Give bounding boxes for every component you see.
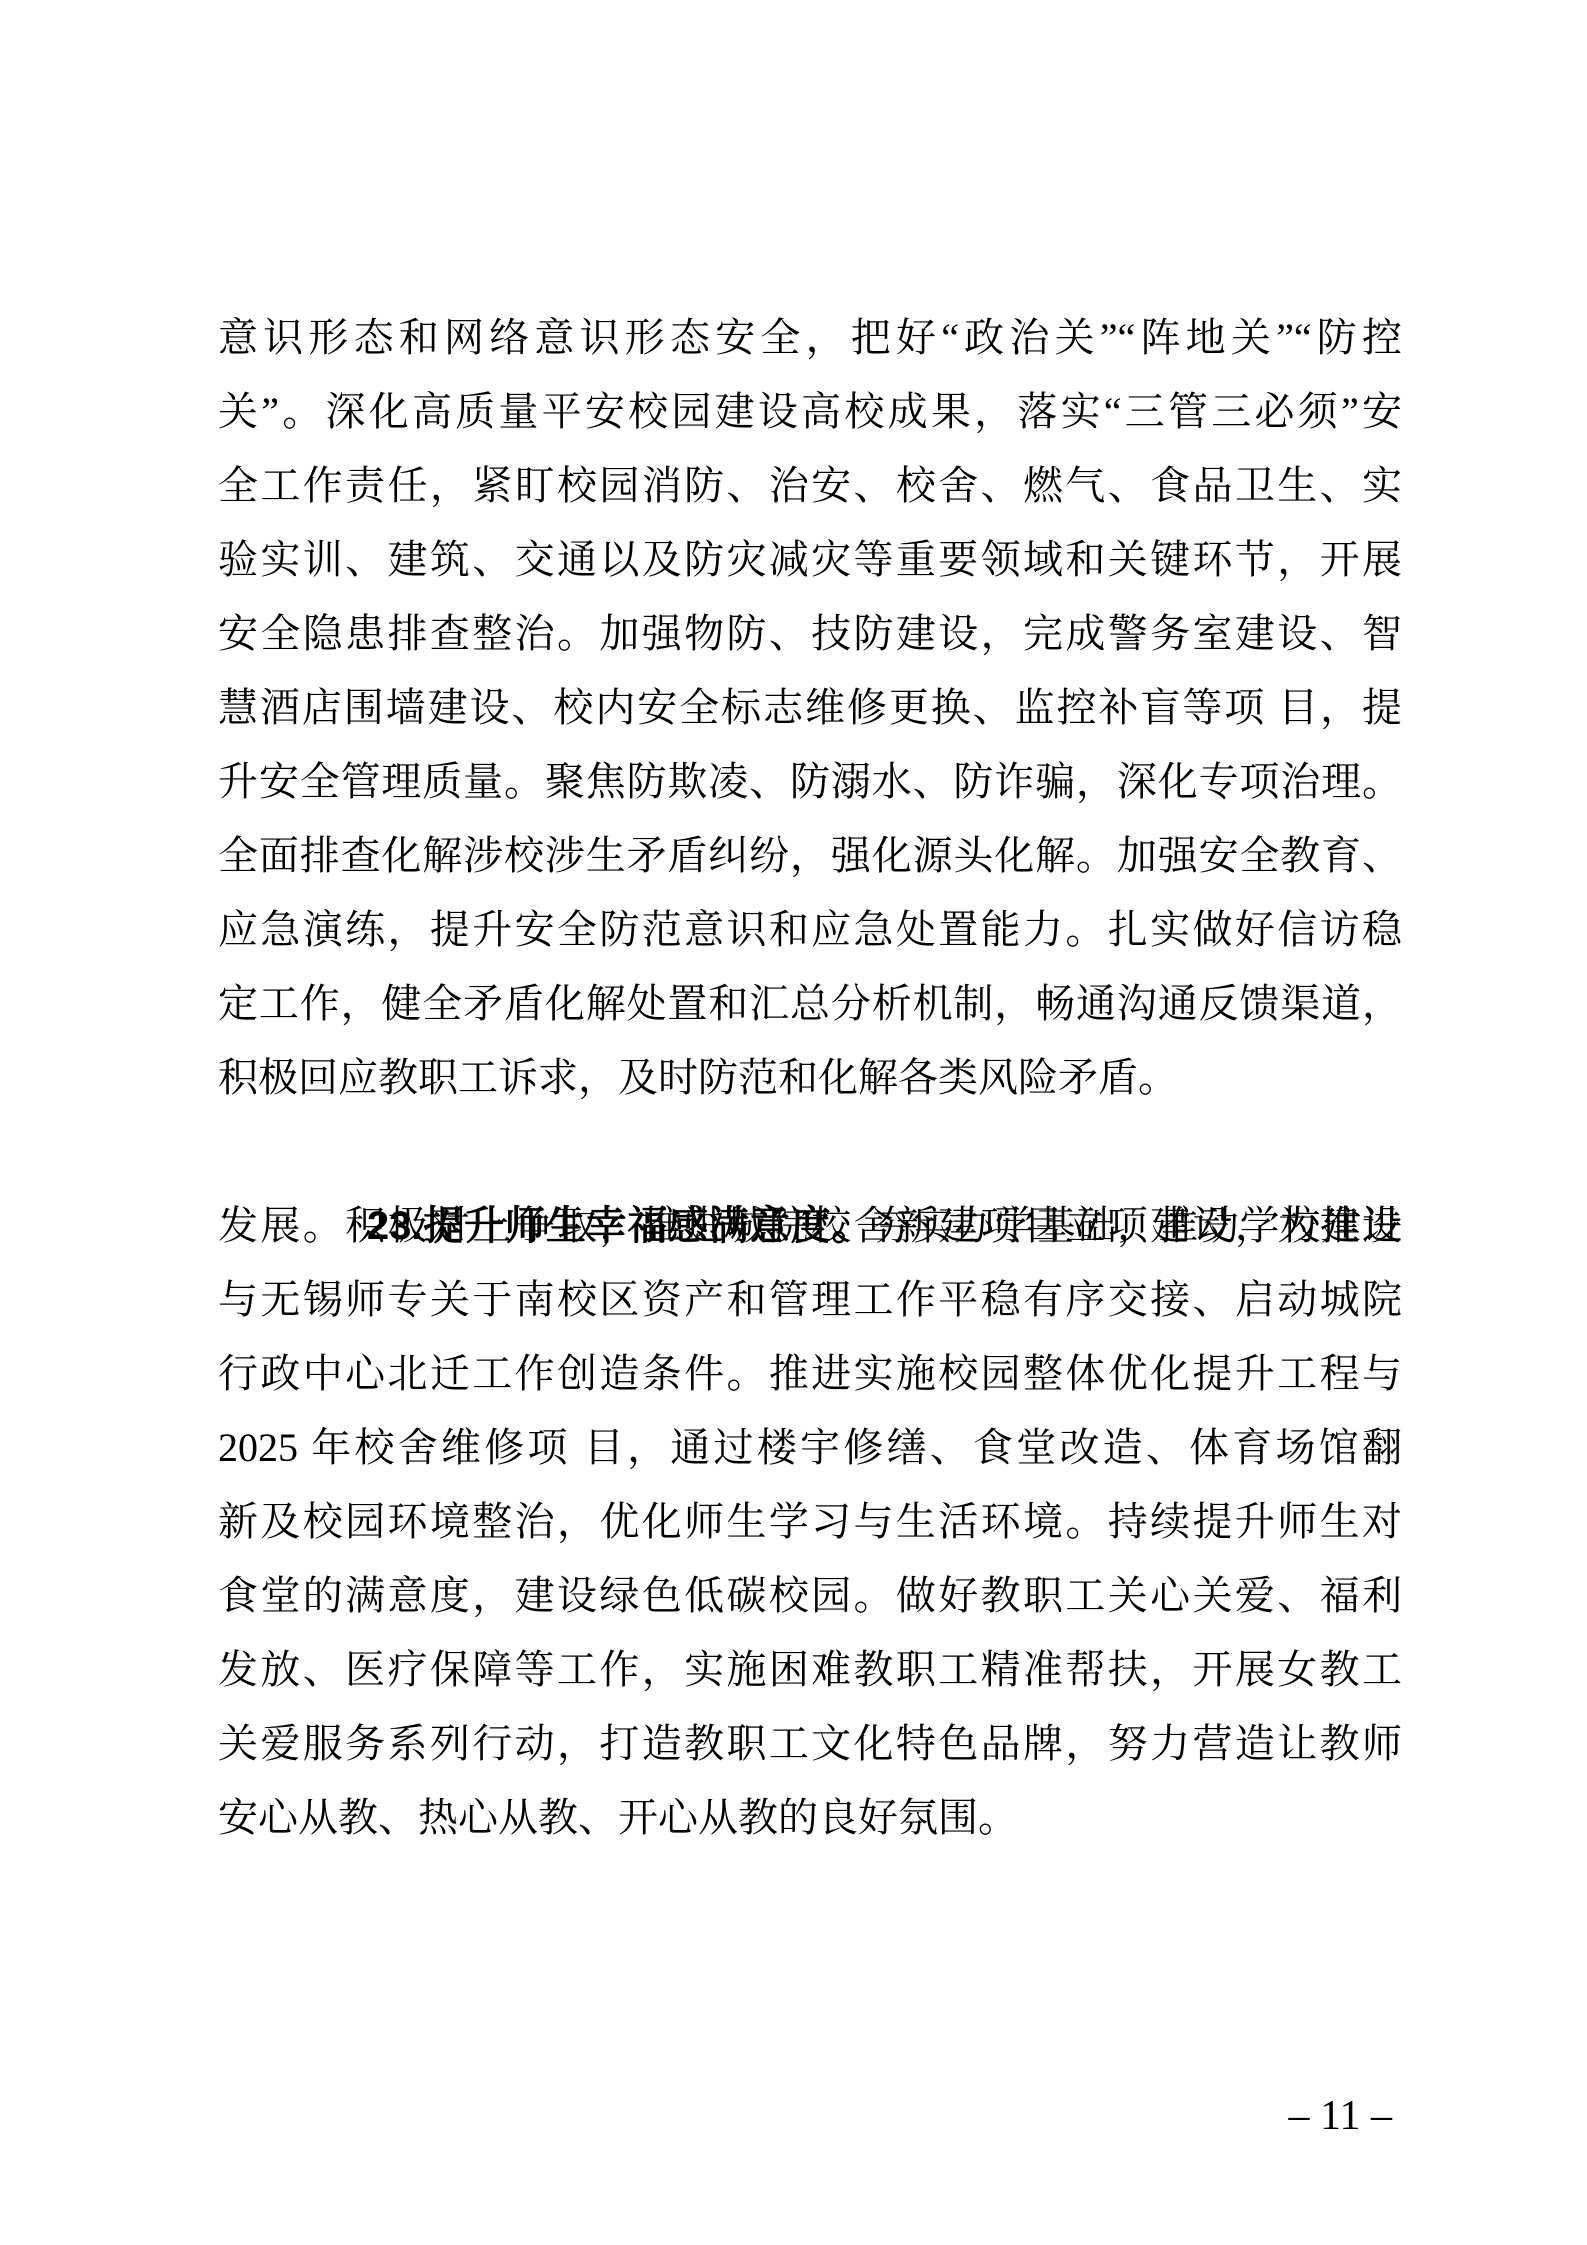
text-line: 意识形态和网络意识形态安全，把好“政治关”“阵地关”“防控: [218, 301, 1402, 375]
document-body: 意识形态和网络意识形态安全，把好“政治关”“阵地关”“防控 关”。深化高质量平安…: [218, 301, 1402, 1855]
document-page: 意识形态和网络意识形态安全，把好“政治关”“阵地关”“防控 关”。深化高质量平安…: [0, 0, 1587, 2245]
text-line: 与无锡师专关于南校区资产和管理工作平稳有序交接、启动城院: [218, 1263, 1402, 1337]
text-line: 新及校园环境整治，优化师生学习与生活环境。持续提升师生对: [218, 1485, 1402, 1559]
section-heading-line: 23.提升师生幸福感满意度。夯实办学基础，推动学校建设: [218, 1115, 1402, 1189]
text-line: 行政中心北迁工作创造条件。推进实施校园整体优化提升工程与: [218, 1337, 1402, 1411]
text-line: 全工作责任，紧盯校园消防、治安、校舍、燃气、食品卫生、实: [218, 449, 1402, 523]
text-line: 关爱服务系列行动，打造教职工文化特色品牌，努力营造让教师: [218, 1707, 1402, 1781]
paragraph-last-line: 安心从教、热心从教、开心从教的良好氛围。: [218, 1781, 1402, 1855]
text-line: 安全隐患排查整治。加强物防、技防建设，完成警务室建设、智: [218, 597, 1402, 671]
text-line: 2025 年校舍维修项 目，通过楼宇修缮、食堂改造、体育场馆翻: [218, 1411, 1402, 1485]
text-line: 食堂的满意度，建设绿色低碳校园。做好教职工关心关爱、福利: [218, 1559, 1402, 1633]
text-line: 发展。积极对上争取，推进城院校舍新建项目立项建设，为推进: [218, 1189, 1402, 1263]
text-line: 全面排查化解涉校涉生矛盾纠纷，强化源头化解。加强安全教育、: [218, 819, 1402, 893]
text-line: 慧酒店围墙建设、校内安全标志维修更换、监控补盲等项 目，提: [218, 671, 1402, 745]
text-line: 定工作，健全矛盾化解处置和汇总分析机制，畅通沟通反馈渠道，: [218, 967, 1402, 1041]
paragraph-last-line: 积极回应教职工诉求，及时防范和化解各类风险矛盾。: [218, 1041, 1402, 1115]
page-number: – 11 –: [1289, 2093, 1392, 2139]
text-line: 升安全管理质量。聚焦防欺凌、防溺水、防诈骗，深化专项治理。: [218, 745, 1402, 819]
text-line: 验实训、建筑、交通以及防灾减灾等重要领域和关键环节，开展: [218, 523, 1402, 597]
text-line: 关”。深化高质量平安校园建设高校成果，落实“三管三必须”安: [218, 375, 1402, 449]
text-line: 应急演练，提升安全防范意识和应急处置能力。扎实做好信访稳: [218, 893, 1402, 967]
text-line: 发放、医疗保障等工作，实施困难教职工精准帮扶，开展女教工: [218, 1633, 1402, 1707]
